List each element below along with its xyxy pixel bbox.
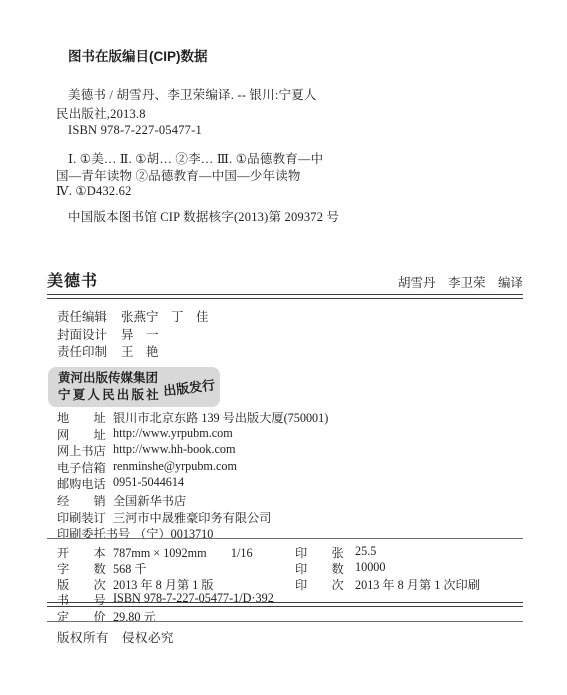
contact-row-website: 网 址 http://www.yrpubm.com: [57, 426, 328, 443]
contact-value: 银川市北京东路 139 号出版大厦(750001): [113, 409, 328, 426]
publisher-group-name: 黄河出版传媒集团: [58, 370, 161, 387]
cip-classification-line2: 国—青年读物 ②品德教育—中国—少年读物: [56, 166, 301, 184]
print-specs: 开 本 787mm × 1092mm 1/16 印 张 25.5 字 数 568…: [57, 544, 480, 607]
contact-row-address: 地 址 银川市北京东路 139 号出版大厦(750001): [57, 409, 328, 426]
spec-value: 787mm × 1092mm 1/16: [113, 544, 253, 560]
contact-label: 网上书店: [57, 442, 109, 459]
contact-row-online-bookstore: 网上书店 http://www.hh-book.com: [57, 442, 328, 459]
spec-label: 开 本: [57, 544, 109, 560]
spec-label: 印 数: [295, 560, 347, 576]
contact-row-mail-order-phone: 邮购电话 0951-5044614: [57, 475, 328, 492]
contact-row-email: 电子信箱 renminshe@yrpubm.com: [57, 459, 328, 476]
staff-value: 王 艳: [121, 342, 159, 360]
cip-title-statement: 美德书 / 胡雪丹、李卫荣编译. -- 银川:宁夏人: [68, 85, 317, 103]
price-value: 29.80 元: [113, 608, 156, 625]
contact-value: renminshe@yrpubm.com: [113, 459, 237, 476]
spec-label: 印 次: [295, 576, 347, 592]
staff-label: 封面设计: [57, 325, 107, 343]
contact-label: 印刷委托书号: [57, 525, 130, 542]
spec-value: 10000: [355, 560, 385, 576]
publisher-press-name: 宁夏人民出版社: [58, 387, 161, 404]
title-row: 美德书 胡雪丹 李卫荣 编译: [47, 268, 523, 291]
staff-value: 异 一: [121, 325, 159, 343]
contact-value: （宁）0013710: [134, 525, 213, 542]
spec-value: 25.5: [355, 544, 376, 560]
spec-value: 2013 年 8 月第 1 次印刷: [355, 576, 480, 592]
spec-row-format: 开 本 787mm × 1092mm 1/16 印 张 25.5: [57, 544, 480, 560]
cip-classification-line1: Ⅰ. ①美… Ⅱ. ①胡… ②李… Ⅲ. ①品德教育—中: [68, 149, 323, 167]
staff-value: 张燕宁 丁 佳: [121, 307, 209, 325]
contact-label: 地 址: [57, 409, 109, 426]
book-title: 美德书: [47, 268, 98, 291]
spec-label: 印 张: [295, 544, 347, 560]
price-label: 定 价: [57, 608, 109, 625]
spec-row-edition: 版 次 2013 年 8 月第 1 版 印 次 2013 年 8 月第 1 次印…: [57, 576, 480, 592]
copyright-page: 图书在版编目(CIP)数据 美德书 / 胡雪丹、李卫荣编译. -- 银川:宁夏人…: [0, 0, 567, 695]
contact-value: 0951-5044614: [113, 475, 184, 492]
staff-row-cover-design: 封面设计 异 一: [57, 325, 209, 343]
price-row: 定 价 29.80 元: [57, 608, 156, 625]
contact-label: 网 址: [57, 426, 109, 443]
publisher-box: 黄河出版传媒集团 宁夏人民出版社 出版发行: [48, 367, 220, 407]
price-top-rule: [47, 602, 523, 607]
cip-header: 图书在版编目(CIP)数据: [68, 45, 208, 65]
cip-isbn: ISBN 978-7-227-05477-1: [68, 123, 202, 138]
staff-label: 责任编辑: [57, 307, 107, 325]
copyright-notice: 版权所有 侵权必究: [57, 628, 174, 646]
contact-label: 经 销: [57, 492, 109, 509]
cip-publisher-statement: 民出版社,2013.8: [56, 104, 146, 122]
cip-classification-line3: Ⅳ. ①D432.62: [56, 183, 132, 199]
cip-registry-number: 中国版本图书馆 CIP 数据核字(2013)第 209372 号: [68, 207, 339, 225]
contact-label: 印刷装订: [57, 509, 109, 526]
contact-row-print-license-number: 印刷委托书号 （宁）0013710: [57, 525, 328, 542]
contact-label: 电子信箱: [57, 459, 109, 476]
staff-row-print-supervisor: 责任印制 王 艳: [57, 342, 209, 360]
contact-value: 全国新华书店: [113, 492, 186, 509]
translators: 胡雪丹 李卫荣 编译: [398, 273, 523, 291]
contact-block: 地 址 银川市北京东路 139 号出版大厦(750001) 网 址 http:/…: [57, 409, 328, 542]
staff-label: 责任印制: [57, 342, 107, 360]
specs-top-rule: [47, 538, 523, 539]
spec-row-word-count: 字 数 568 千 印 数 10000: [57, 560, 480, 576]
contact-value: http://www.hh-book.com: [113, 442, 235, 459]
staff-row-editor: 责任编辑 张燕宁 丁 佳: [57, 307, 209, 325]
price-bottom-rule: [47, 621, 523, 622]
contact-value: 三河市中晟雅豪印务有限公司: [113, 509, 271, 526]
spec-label: 字 数: [57, 560, 109, 576]
staff-credits: 责任编辑 张燕宁 丁 佳 封面设计 异 一 责任印制 王 艳: [57, 307, 209, 360]
title-divider-rule: [47, 294, 523, 299]
publisher-names: 黄河出版传媒集团 宁夏人民出版社: [58, 370, 161, 404]
contact-row-distribution: 经 销 全国新华书店: [57, 492, 328, 509]
contact-row-printer: 印刷装订 三河市中晟雅豪印务有限公司: [57, 509, 328, 526]
publishing-stamp: 出版发行: [162, 374, 216, 399]
spec-value: 568 千: [113, 560, 147, 576]
contact-value: http://www.yrpubm.com: [113, 426, 233, 443]
spec-label: 版 次: [57, 576, 109, 592]
contact-label: 邮购电话: [57, 475, 109, 492]
spec-value: 2013 年 8 月第 1 版: [113, 576, 214, 592]
